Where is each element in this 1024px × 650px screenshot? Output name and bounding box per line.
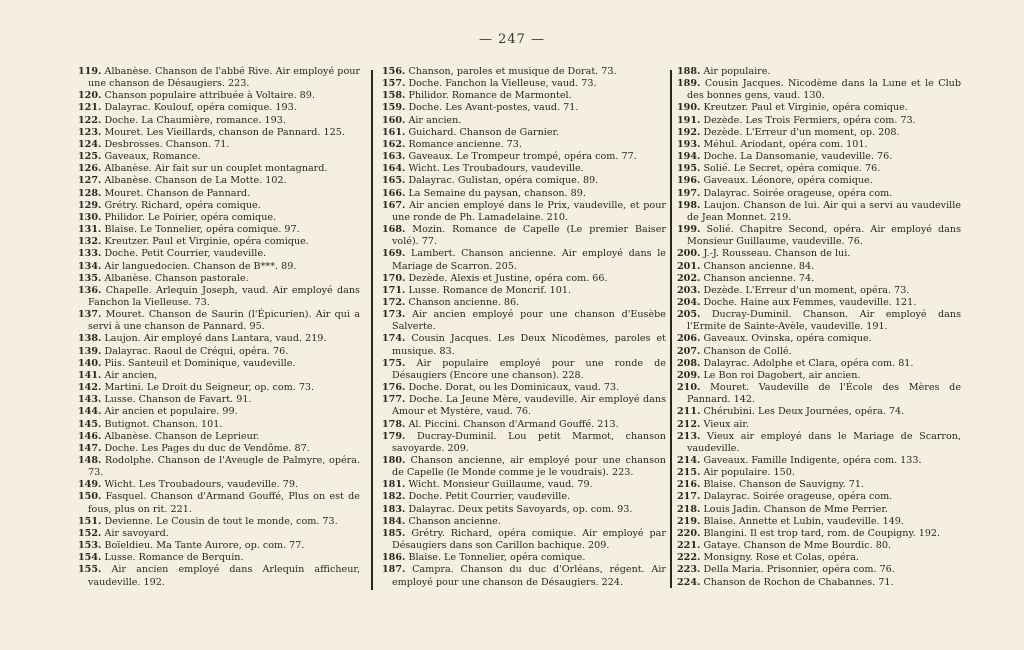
list-item: 125. Gaveaux, Romance. <box>78 151 360 163</box>
entry-number: 183. <box>382 504 405 515</box>
entry-number: 122. <box>78 115 101 126</box>
list-item: 138. Laujon. Air employé dans Lantara, v… <box>78 333 360 345</box>
entry-text: Blaise. Chanson de Sauvigny. 71. <box>703 479 864 490</box>
list-item: 135. Albanèse. Chanson pastorale. <box>78 273 360 285</box>
list-item: 166. La Semaine du paysan, chanson. 89. <box>382 188 666 200</box>
entry-number: 224. <box>677 577 700 588</box>
list-item: 165. Dalayrac. Gulistan, opéra comique. … <box>382 175 666 187</box>
entry-text: Lambert. Chanson ancienne. Air employé d… <box>392 248 666 271</box>
entry-text: Chanson ancienne. 86. <box>408 297 519 308</box>
list-item: 197. Dalayrac. Soirée orageuse, opéra co… <box>677 188 961 200</box>
list-item: 213. Vieux air employé dans le Mariage d… <box>677 431 961 455</box>
entry-text: Mouret. Les Vieillards, chanson de Panna… <box>104 127 344 138</box>
entry-number: 129. <box>78 200 101 211</box>
entry-text: Albanèse. Chanson de La Motte. 102. <box>104 175 286 186</box>
entry-number: 169. <box>382 248 405 259</box>
entry-number: 203. <box>677 285 700 296</box>
list-item: 192. Dezède. L'Erreur d'un moment, op. 2… <box>677 127 961 139</box>
entry-text: Doche. Petit Courrier, vaudeville. <box>408 491 570 502</box>
entry-number: 181. <box>382 479 405 490</box>
entry-number: 150. <box>78 491 101 502</box>
entry-text: Martini. Le Droit du Seigneur, op. com. … <box>104 382 314 393</box>
entry-text: Monsigny. Rose et Colas, opéra. <box>703 552 858 563</box>
list-item: 187. Campra. Chanson du duc d'Orléans, r… <box>382 564 666 588</box>
list-item: 128. Mouret. Chanson de Pannard. <box>78 188 360 200</box>
entry-text: Chapelle. Arlequin Joseph, vaud. Air emp… <box>88 285 360 308</box>
entry-text: Blangini. Il est trop tard, rom. de Coup… <box>703 528 940 539</box>
entry-number: 195. <box>677 163 700 174</box>
entry-text: Air ancien et populaire. 99. <box>104 406 237 417</box>
entry-text: Albanèse. Chanson de Leprieur. <box>104 431 259 442</box>
entry-text: J.-J. Rousseau. Chanson de lui. <box>703 248 850 259</box>
entry-text: Cousin Jacques. Nicodème dans la Lune et… <box>687 78 961 101</box>
list-item: 149. Wicht. Les Troubadours, vaudeville.… <box>78 479 360 491</box>
entry-text: Le Bon roi Dagobert, air ancien. <box>703 370 860 381</box>
entry-text: Doche. Fanchon la Vielleuse, vaud. 73. <box>408 78 596 89</box>
list-item: 168. Mozin. Romance de Capelle (Le premi… <box>382 224 666 248</box>
entry-number: 126. <box>78 163 101 174</box>
entry-number: 144. <box>78 406 101 417</box>
entry-number: 200. <box>677 248 700 259</box>
entry-text: Air ancien employé dans Arlequin affiche… <box>88 564 360 587</box>
list-item: 140. Piis. Santeuil et Dominique, vaudev… <box>78 358 360 370</box>
column-divider <box>371 70 373 590</box>
entry-text: Campra. Chanson du duc d'Orléans, régent… <box>392 564 666 587</box>
list-item: 150. Fasquel. Chanson d'Armand Gouffé, P… <box>78 491 360 515</box>
entry-text: Mouret. Chanson de Saurin (l'Épicurien).… <box>88 309 360 332</box>
entry-text: Dalayrac. Soirée orageuse, opéra com. <box>703 188 892 199</box>
entry-text: Philidor. Romance de Marmontel. <box>408 90 571 101</box>
entry-number: 123. <box>78 127 101 138</box>
entry-number: 190. <box>677 102 700 113</box>
entry-number: 153. <box>78 540 101 551</box>
entry-text: Albanèse. Air fait sur un couplet montag… <box>104 163 327 174</box>
list-item: 186. Blaise. Le Tonnelier, opéra comique… <box>382 552 666 564</box>
list-item: 216. Blaise. Chanson de Sauvigny. 71. <box>677 479 961 491</box>
entry-text: Chanson ancienne. <box>408 516 500 527</box>
entry-number: 142. <box>78 382 101 393</box>
entry-number: 175. <box>382 358 405 369</box>
list-item: 169. Lambert. Chanson ancienne. Air empl… <box>382 248 666 272</box>
entry-text: Piis. Santeuil et Dominique, vaudeville. <box>104 358 295 369</box>
list-item: 199. Solié. Chapitre Second, opéra. Air … <box>677 224 961 248</box>
column-divider <box>670 70 672 588</box>
entry-number: 134. <box>78 261 101 272</box>
entry-number: 184. <box>382 516 405 527</box>
list-item: 190. Kreutzer. Paul et Virginie, opéra c… <box>677 102 961 114</box>
list-item: 210. Mouret. Vaudeville de l'École des M… <box>677 382 961 406</box>
list-item: 123. Mouret. Les Vieillards, chanson de … <box>78 127 360 139</box>
list-item: 129. Grétry. Richard, opéra comique. <box>78 200 360 212</box>
entry-number: 178. <box>382 419 405 430</box>
column-3: 188. Air populaire.189. Cousin Jacques. … <box>677 66 961 589</box>
entry-number: 135. <box>78 273 101 284</box>
entry-text: Ducray-Duminil. Chanson. Air employé dan… <box>687 309 961 332</box>
list-item: 207. Chanson de Collé. <box>677 346 961 358</box>
entry-number: 219. <box>677 516 700 527</box>
entry-number: 154. <box>78 552 101 563</box>
entry-number: 172. <box>382 297 405 308</box>
entry-number: 176. <box>382 382 405 393</box>
list-item: 161. Guichard. Chanson de Garnier. <box>382 127 666 139</box>
entry-text: Chanson de Collé. <box>703 346 791 357</box>
entry-number: 139. <box>78 346 101 357</box>
entry-number: 177. <box>382 394 405 405</box>
entry-number: 151. <box>78 516 101 527</box>
entry-text: Gataye. Chanson de Mme Bourdic. 80. <box>703 540 891 551</box>
entry-number: 121. <box>78 102 101 113</box>
entry-text: Solié. Le Secret, opéra comique. 76. <box>703 163 880 174</box>
entry-text: Doche. Dorat, ou les Dominicaux, vaud. 7… <box>408 382 619 393</box>
entry-number: 194. <box>677 151 700 162</box>
entry-text: Air languedocien. Chanson de B***. 89. <box>104 261 296 272</box>
list-item: 174. Cousin Jacques. Les Deux Nicodèmes,… <box>382 333 666 357</box>
list-item: 142. Martini. Le Droit du Seigneur, op. … <box>78 382 360 394</box>
list-item: 203. Dezède. L'Erreur d'un moment, opéra… <box>677 285 961 297</box>
list-item: 152. Air savoyard. <box>78 528 360 540</box>
entry-text: Philidor. Le Poirier, opéra comique. <box>104 212 276 223</box>
entry-number: 157. <box>382 78 405 89</box>
list-item: 162. Romance ancienne. 73. <box>382 139 666 151</box>
entry-text: Albanèse. Chanson pastorale. <box>104 273 248 284</box>
list-item: 179. Ducray-Duminil. Lou petit Marmot, c… <box>382 431 666 455</box>
entry-number: 119. <box>78 66 101 77</box>
entry-text: Fasquel. Chanson d'Armand Gouffé, Plus o… <box>88 491 360 514</box>
entry-text: Chanson ancienne. 74. <box>703 273 814 284</box>
entry-text: Boïeldieu. Ma Tante Aurore, op. com. 77. <box>104 540 304 551</box>
entry-number: 173. <box>382 309 405 320</box>
entry-number: 218. <box>677 504 700 515</box>
entry-text: Laujon. Air employé dans Lantara, vaud. … <box>104 333 326 344</box>
list-item: 178. Al. Piccini. Chanson d'Armand Gouff… <box>382 419 666 431</box>
entry-number: 208. <box>677 358 700 369</box>
entry-number: 222. <box>677 552 700 563</box>
list-item: 131. Blaise. Le Tonnelier, opéra comique… <box>78 224 360 236</box>
list-item: 119. Albanèse. Chanson de l'abbé Rive. A… <box>78 66 360 90</box>
list-item: 164. Wicht. Les Troubadours, vaudeville. <box>382 163 666 175</box>
entry-number: 185. <box>382 528 405 539</box>
entry-number: 187. <box>382 564 405 575</box>
entry-number: 196. <box>677 175 700 186</box>
list-item: 154. Lusse. Romance de Berquin. <box>78 552 360 564</box>
entry-text: Dalayrac. Deux petits Savoyards, op. com… <box>408 504 632 515</box>
entry-number: 221. <box>677 540 700 551</box>
entry-text: Dalayrac. Adolphe et Clara, opéra com. 8… <box>703 358 913 369</box>
entry-text: Gaveaux. Léonore, opéra comique. <box>703 175 872 186</box>
entry-number: 198. <box>677 200 700 211</box>
entry-number: 182. <box>382 491 405 502</box>
entry-text: Dalayrac. Gulistan, opéra comique. 89. <box>408 175 598 186</box>
list-item: 184. Chanson ancienne. <box>382 516 666 528</box>
entry-number: 199. <box>677 224 700 235</box>
list-item: 134. Air languedocien. Chanson de B***. … <box>78 261 360 273</box>
list-item: 143. Lusse. Chanson de Favart. 91. <box>78 394 360 406</box>
entry-number: 197. <box>677 188 700 199</box>
list-item: 126. Albanèse. Air fait sur un couplet m… <box>78 163 360 175</box>
list-item: 194. Doche. La Dansomanie, vaudeville. 7… <box>677 151 961 163</box>
entry-number: 148. <box>78 455 101 466</box>
list-item: 146. Albanèse. Chanson de Leprieur. <box>78 431 360 443</box>
list-item: 185. Grétry. Richard, opéra comique. Air… <box>382 528 666 552</box>
entry-number: 161. <box>382 127 405 138</box>
entry-number: 146. <box>78 431 101 442</box>
list-item: 196. Gaveaux. Léonore, opéra comique. <box>677 175 961 187</box>
list-item: 198. Laujon. Chanson de lui. Air qui a s… <box>677 200 961 224</box>
entry-number: 158. <box>382 90 405 101</box>
list-item: 209. Le Bon roi Dagobert, air ancien. <box>677 370 961 382</box>
entry-text: Gaveaux, Romance. <box>104 151 200 162</box>
entry-text: Doche. La Chaumière, romance. 193. <box>104 115 285 126</box>
entry-number: 165. <box>382 175 405 186</box>
entry-text: Chanson ancienne, air employé pour une c… <box>392 455 666 478</box>
entry-text: Air ancien employé pour une chanson d'Eu… <box>392 309 666 332</box>
entry-text: Blaise. Le Tonnelier, opéra comique. 97. <box>104 224 299 235</box>
list-item: 212. Vieux air. <box>677 419 961 431</box>
entry-text: Chanson ancienne. 84. <box>703 261 814 272</box>
entry-number: 180. <box>382 455 405 466</box>
entry-number: 130. <box>78 212 101 223</box>
entry-number: 171. <box>382 285 405 296</box>
list-item: 137. Mouret. Chanson de Saurin (l'Épicur… <box>78 309 360 333</box>
entry-number: 162. <box>382 139 405 150</box>
entry-text: Dezède. Alexis et Justine, opéra com. 66… <box>408 273 607 284</box>
entry-number: 159. <box>382 102 405 113</box>
entry-text: Chérubini. Les Deux Journées, opéra. 74. <box>703 406 904 417</box>
entry-text: Della Maria. Prisonnier, opéra com. 76. <box>703 564 894 575</box>
entry-number: 170. <box>382 273 405 284</box>
list-item: 204. Doche. Haine aux Femmes, vaudeville… <box>677 297 961 309</box>
list-item: 172. Chanson ancienne. 86. <box>382 297 666 309</box>
list-item: 206. Gaveaux. Ovinska, opéra comique. <box>677 333 961 345</box>
entry-text: Al. Piccini. Chanson d'Armand Gouffé. 21… <box>408 419 618 430</box>
entry-text: Doche. La Jeune Mère, vaudeville. Air em… <box>392 394 666 417</box>
list-item: 200. J.-J. Rousseau. Chanson de lui. <box>677 248 961 260</box>
entry-number: 205. <box>677 309 700 320</box>
entry-number: 125. <box>78 151 101 162</box>
entry-number: 167. <box>382 200 405 211</box>
list-item: 177. Doche. La Jeune Mère, vaudeville. A… <box>382 394 666 418</box>
list-item: 195. Solié. Le Secret, opéra comique. 76… <box>677 163 961 175</box>
list-item: 176. Doche. Dorat, ou les Dominicaux, va… <box>382 382 666 394</box>
entry-number: 145. <box>78 419 101 430</box>
entry-text: Doche. Petit Courrier, vaudeville. <box>104 248 266 259</box>
list-item: 170. Dezède. Alexis et Justine, opéra co… <box>382 273 666 285</box>
entry-text: Ducray-Duminil. Lou petit Marmot, chanso… <box>392 431 666 454</box>
entry-number: 136. <box>78 285 101 296</box>
entry-text: Air savoyard. <box>104 528 168 539</box>
entry-text: Lusse. Romance de Berquin. <box>104 552 243 563</box>
list-item: 158. Philidor. Romance de Marmontel. <box>382 90 666 102</box>
list-item: 222. Monsigny. Rose et Colas, opéra. <box>677 552 961 564</box>
entry-text: Dezède. Les Trois Fermiers, opéra com. 7… <box>703 115 915 126</box>
entry-number: 174. <box>382 333 405 344</box>
entry-number: 138. <box>78 333 101 344</box>
entry-number: 131. <box>78 224 101 235</box>
list-item: 188. Air populaire. <box>677 66 961 78</box>
entry-text: Wicht. Monsieur Guillaume, vaud. 79. <box>408 479 592 490</box>
list-item: 224. Chanson de Rochon de Chabannes. 71. <box>677 577 961 589</box>
list-item: 144. Air ancien et populaire. 99. <box>78 406 360 418</box>
entry-number: 140. <box>78 358 101 369</box>
entry-text: Grétry. Richard, opéra comique. Air empl… <box>392 528 666 551</box>
list-item: 223. Della Maria. Prisonnier, opéra com.… <box>677 564 961 576</box>
entry-text: Lusse. Chanson de Favart. 91. <box>104 394 251 405</box>
entry-number: 193. <box>677 139 700 150</box>
entry-text: La Semaine du paysan, chanson. 89. <box>408 188 585 199</box>
list-item: 124. Desbrosses. Chanson. 71. <box>78 139 360 151</box>
entry-number: 133. <box>78 248 101 259</box>
entry-text: Mouret. Chanson de Pannard. <box>104 188 250 199</box>
list-item: 173. Air ancien employé pour une chanson… <box>382 309 666 333</box>
list-item: 120. Chanson populaire attribuée à Volta… <box>78 90 360 102</box>
list-item: 148. Rodolphe. Chanson de l'Aveugle de P… <box>78 455 360 479</box>
list-item: 141. Air ancien, <box>78 370 360 382</box>
entry-text: Romance ancienne. 73. <box>408 139 522 150</box>
list-item: 139. Dalayrac. Raoul de Créqui, opéra. 7… <box>78 346 360 358</box>
entry-text: Solié. Chapitre Second, opéra. Air emplo… <box>687 224 961 247</box>
entry-text: Vieux air employé dans le Mariage de Sca… <box>687 431 961 454</box>
entry-text: Mozin. Romance de Capelle (Le premier Ba… <box>392 224 666 247</box>
entry-number: 160. <box>382 115 405 126</box>
entry-number: 216. <box>677 479 700 490</box>
entry-number: 223. <box>677 564 700 575</box>
list-item: 151. Devienne. Le Cousin de tout le mond… <box>78 516 360 528</box>
entry-text: Blaise. Le Tonnelier, opéra comique. <box>408 552 585 563</box>
list-item: 145. Butignot. Chanson. 101. <box>78 419 360 431</box>
list-item: 205. Ducray-Duminil. Chanson. Air employ… <box>677 309 961 333</box>
entry-number: 192. <box>677 127 700 138</box>
entry-number: 188. <box>677 66 700 77</box>
entry-number: 143. <box>78 394 101 405</box>
entry-number: 213. <box>677 431 700 442</box>
entry-text: Chanson de Rochon de Chabannes. 71. <box>703 577 893 588</box>
entry-text: Gaveaux. Le Trompeur trompé, opéra com. … <box>408 151 636 162</box>
entry-text: Dezède. L'Erreur d'un moment, opéra. 73. <box>703 285 909 296</box>
list-item: 171. Lusse. Romance de Moncrif. 101. <box>382 285 666 297</box>
entry-number: 149. <box>78 479 101 490</box>
entry-text: Doche. Les Avant-postes, vaud. 71. <box>408 102 578 113</box>
entry-text: Grétry. Richard, opéra comique. <box>104 200 260 211</box>
entry-number: 132. <box>78 236 101 247</box>
entry-text: Albanèse. Chanson de l'abbé Rive. Air em… <box>88 66 360 89</box>
list-item: 133. Doche. Petit Courrier, vaudeville. <box>78 248 360 260</box>
list-item: 208. Dalayrac. Adolphe et Clara, opéra c… <box>677 358 961 370</box>
list-item: 157. Doche. Fanchon la Vielleuse, vaud. … <box>382 78 666 90</box>
list-item: 215. Air populaire. 150. <box>677 467 961 479</box>
entry-number: 137. <box>78 309 101 320</box>
entry-text: Air ancien, <box>104 370 157 381</box>
entry-number: 189. <box>677 78 700 89</box>
entry-text: Devienne. Le Cousin de tout le monde, co… <box>104 516 337 527</box>
list-item: 193. Méhul. Ariodant, opéra com. 101. <box>677 139 961 151</box>
entry-text: Gaveaux. Ovinska, opéra comique. <box>703 333 871 344</box>
entry-number: 211. <box>677 406 700 417</box>
entry-number: 217. <box>677 491 700 502</box>
list-item: 181. Wicht. Monsieur Guillaume, vaud. 79… <box>382 479 666 491</box>
list-item: 130. Philidor. Le Poirier, opéra comique… <box>78 212 360 224</box>
entry-text: Lusse. Romance de Moncrif. 101. <box>408 285 571 296</box>
entry-text: Doche. Les Pages du duc de Vendôme. 87. <box>104 443 309 454</box>
list-item: 191. Dezède. Les Trois Fermiers, opéra c… <box>677 115 961 127</box>
entry-number: 127. <box>78 175 101 186</box>
entry-number: 202. <box>677 273 700 284</box>
list-item: 217. Dalayrac. Soirée orageuse, opéra co… <box>677 491 961 503</box>
entry-text: Chanson, paroles et musique de Dorat. 73… <box>408 66 616 77</box>
entry-number: 212. <box>677 419 700 430</box>
entry-number: 156. <box>382 66 405 77</box>
entry-text: Dezède. L'Erreur d'un moment, op. 208. <box>703 127 899 138</box>
entry-number: 124. <box>78 139 101 150</box>
entry-text: Mouret. Vaudeville de l'École des Mères … <box>687 382 961 405</box>
entry-text: Rodolphe. Chanson de l'Aveugle de Palmyr… <box>88 455 360 478</box>
list-item: 214. Gaveaux. Famille Indigente, opéra c… <box>677 455 961 467</box>
list-item: 121. Dalayrac. Koulouf, opéra comique. 1… <box>78 102 360 114</box>
list-item: 156. Chanson, paroles et musique de Dora… <box>382 66 666 78</box>
entry-text: Doche. La Dansomanie, vaudeville. 76. <box>703 151 892 162</box>
entry-number: 179. <box>382 431 405 442</box>
entry-text: Dalayrac. Koulouf, opéra comique. 193. <box>104 102 296 113</box>
list-item: 182. Doche. Petit Courrier, vaudeville. <box>382 491 666 503</box>
book-page: — 247 — 119. Albanèse. Chanson de l'abbé… <box>0 0 1024 650</box>
entry-number: 201. <box>677 261 700 272</box>
entry-text: Blaise. Annette et Lubin, vaudeville. 14… <box>703 516 904 527</box>
column-1: 119. Albanèse. Chanson de l'abbé Rive. A… <box>78 66 360 589</box>
entry-text: Air populaire. 150. <box>703 467 794 478</box>
list-item: 211. Chérubini. Les Deux Journées, opéra… <box>677 406 961 418</box>
entry-number: 155. <box>78 564 101 575</box>
entry-number: 209. <box>677 370 700 381</box>
entry-number: 147. <box>78 443 101 454</box>
entry-number: 215. <box>677 467 700 478</box>
entry-text: Kreutzer. Paul et Virginie, opéra comiqu… <box>703 102 907 113</box>
entry-text: Dalayrac. Raoul de Créqui, opéra. 76. <box>104 346 288 357</box>
entry-number: 207. <box>677 346 700 357</box>
list-item: 122. Doche. La Chaumière, romance. 193. <box>78 115 360 127</box>
entry-text: Air ancien. <box>408 115 461 126</box>
list-item: 160. Air ancien. <box>382 115 666 127</box>
entry-text: Air ancien employé dans le Prix, vaudevi… <box>392 200 666 223</box>
list-item: 153. Boïeldieu. Ma Tante Aurore, op. com… <box>78 540 360 552</box>
entry-number: 210. <box>677 382 700 393</box>
entry-text: Dalayrac. Soirée orageuse, opéra com. <box>703 491 892 502</box>
column-2: 156. Chanson, paroles et musique de Dora… <box>382 66 666 589</box>
list-item: 189. Cousin Jacques. Nicodème dans la Lu… <box>677 78 961 102</box>
entry-text: Air populaire employé pour une ronde de … <box>392 358 666 381</box>
entry-number: 164. <box>382 163 405 174</box>
entry-number: 214. <box>677 455 700 466</box>
entry-text: Butignot. Chanson. 101. <box>104 419 222 430</box>
entry-text: Kreutzer. Paul et Virginie, opéra comiqu… <box>104 236 308 247</box>
page-number: — 247 — <box>0 32 1024 47</box>
entry-text: Air populaire. <box>703 66 770 77</box>
list-item: 218. Louis Jadin. Chanson de Mme Perrier… <box>677 504 961 516</box>
entry-text: Louis Jadin. Chanson de Mme Perrier. <box>703 504 887 515</box>
entry-text: Laujon. Chanson de lui. Air qui a servi … <box>687 200 961 223</box>
entry-text: Cousin Jacques. Les Deux Nicodèmes, paro… <box>392 333 666 356</box>
list-item: 219. Blaise. Annette et Lubin, vaudevill… <box>677 516 961 528</box>
entry-text: Méhul. Ariodant, opéra com. 101. <box>703 139 867 150</box>
entry-number: 128. <box>78 188 101 199</box>
entry-text: Gaveaux. Famille Indigente, opéra com. 1… <box>703 455 921 466</box>
entry-text: Chanson populaire attribuée à Voltaire. … <box>104 90 315 101</box>
entry-text: Desbrosses. Chanson. 71. <box>104 139 229 150</box>
list-item: 147. Doche. Les Pages du duc de Vendôme.… <box>78 443 360 455</box>
list-item: 221. Gataye. Chanson de Mme Bourdic. 80. <box>677 540 961 552</box>
list-item: 175. Air populaire employé pour une rond… <box>382 358 666 382</box>
entry-number: 191. <box>677 115 700 126</box>
list-item: 127. Albanèse. Chanson de La Motte. 102. <box>78 175 360 187</box>
entry-text: Wicht. Les Troubadours, vaudeville. 79. <box>104 479 298 490</box>
